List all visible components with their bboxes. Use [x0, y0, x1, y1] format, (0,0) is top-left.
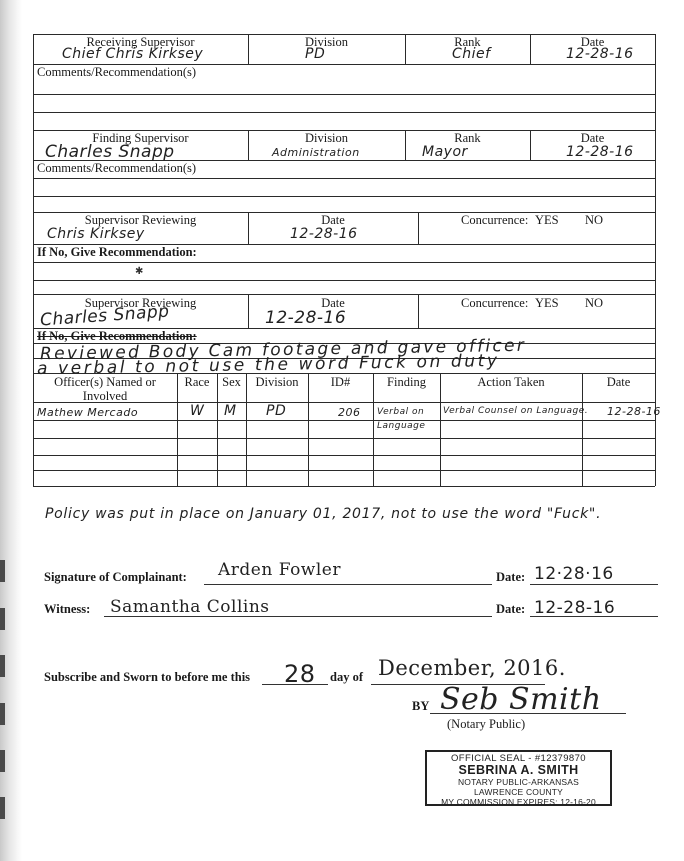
concurrence-label: Concurrence:: [461, 296, 528, 310]
supervisor-reviewing-header: Supervisor Reviewing: [33, 213, 248, 227]
rank-header: Rank: [405, 131, 530, 145]
column-header-division: Division: [246, 375, 308, 389]
ink-mark-icon: ✱: [135, 266, 143, 277]
concurrence-no-option[interactable]: NO: [585, 213, 603, 227]
complainant-signature[interactable]: Arden Fowler: [218, 560, 341, 580]
reviewing-date-value[interactable]: 12-28-16: [265, 308, 346, 328]
seal-state: NOTARY PUBLIC-ARKANSAS: [427, 777, 610, 787]
column-header-date: Date: [582, 375, 655, 389]
seal-county: LAWRENCE COUNTY: [427, 787, 610, 797]
policy-note: Policy was put in place on January 01, 2…: [45, 506, 601, 522]
concurrence-no-option[interactable]: NO: [585, 296, 603, 310]
concurrence-yes-option[interactable]: YES: [535, 213, 559, 227]
day-of-label: day of: [330, 670, 363, 684]
receiving-supervisor-value[interactable]: Chief Chris Kirksey: [62, 46, 203, 62]
officer-race-cell[interactable]: W: [190, 403, 204, 419]
officer-date-cell[interactable]: 12-28-16: [607, 405, 661, 418]
complainant-date-value[interactable]: 12·28·16: [534, 564, 614, 584]
column-header-finding: Finding: [373, 375, 440, 389]
complainant-signature-label: Signature of Complainant:: [44, 570, 187, 584]
officer-name-cell[interactable]: Mathew Mercado: [37, 406, 138, 419]
finding-comments-field[interactable]: [33, 178, 655, 212]
sworn-statement-label: Subscribe and Sworn to before me this: [44, 670, 250, 684]
date-header: Date: [530, 131, 655, 145]
finding-division-value[interactable]: Administration: [272, 146, 360, 159]
officer-id-cell[interactable]: 206: [338, 406, 361, 419]
column-header-officer: Officer(s) Named or Involved: [33, 375, 177, 403]
receiving-division-value[interactable]: PD: [305, 46, 325, 62]
complainant-date-label: Date:: [496, 570, 525, 584]
reviewing-date-value[interactable]: 12-28-16: [290, 226, 358, 242]
date-header: Date: [248, 213, 418, 227]
receiving-rank-value[interactable]: Chief: [452, 46, 491, 62]
division-header: Division: [248, 35, 405, 49]
seal-notary-name: SEBRINA A. SMITH: [427, 764, 610, 777]
officer-sex-cell[interactable]: M: [224, 403, 237, 419]
witness-date-label: Date:: [496, 602, 525, 616]
officer-finding-cell[interactable]: Verbal on Language: [377, 405, 437, 433]
finding-rank-value[interactable]: Mayor: [422, 144, 468, 160]
concurrence-yes-option[interactable]: YES: [535, 296, 559, 310]
notary-public-caption: (Notary Public): [447, 717, 525, 731]
if-no-recommendation-label: If No, Give Recommendation:: [37, 329, 197, 343]
witness-label: Witness:: [44, 602, 90, 616]
receiving-date-value[interactable]: 12-28-16: [566, 46, 634, 62]
receiving-comments-label: Comments/Recommendation(s): [37, 65, 196, 79]
column-header-sex: Sex: [217, 375, 246, 389]
witness-date-value[interactable]: 12-28-16: [534, 598, 615, 618]
by-label: BY: [412, 699, 429, 713]
scan-edge-shadow: [0, 0, 22, 861]
recommendation-field[interactable]: ✱: [33, 262, 655, 294]
officer-action-cell[interactable]: Verbal Counsel on Language.: [443, 406, 588, 416]
witness-signature[interactable]: Samantha Collins: [110, 597, 270, 617]
finding-comments-label: Comments/Recommendation(s): [37, 161, 196, 175]
notary-signature[interactable]: Seb Smith: [440, 682, 602, 717]
sworn-month-year-value[interactable]: December, 2016.: [378, 656, 566, 680]
finding-date-value[interactable]: 12-28-16: [566, 144, 634, 160]
column-header-id: ID#: [308, 375, 373, 389]
reviewing-supervisor-value[interactable]: Chris Kirksey: [47, 226, 145, 242]
finding-supervisor-value[interactable]: Charles Snapp: [45, 142, 175, 162]
officer-division-cell[interactable]: PD: [266, 403, 286, 419]
if-no-recommendation-label: If No, Give Recommendation:: [37, 245, 197, 259]
receiving-comments-field[interactable]: [33, 79, 655, 130]
column-header-race: Race: [177, 375, 217, 389]
column-header-action-taken: Action Taken: [440, 375, 582, 389]
official-notary-seal: OFFICIAL SEAL - #12379870 SEBRINA A. SMI…: [425, 750, 612, 806]
seal-expiration: MY COMMISSION EXPIRES: 12-16-20: [427, 797, 610, 807]
division-header: Division: [248, 131, 405, 145]
concurrence-label: Concurrence:: [461, 213, 528, 227]
sworn-day-value[interactable]: 28: [284, 660, 316, 688]
